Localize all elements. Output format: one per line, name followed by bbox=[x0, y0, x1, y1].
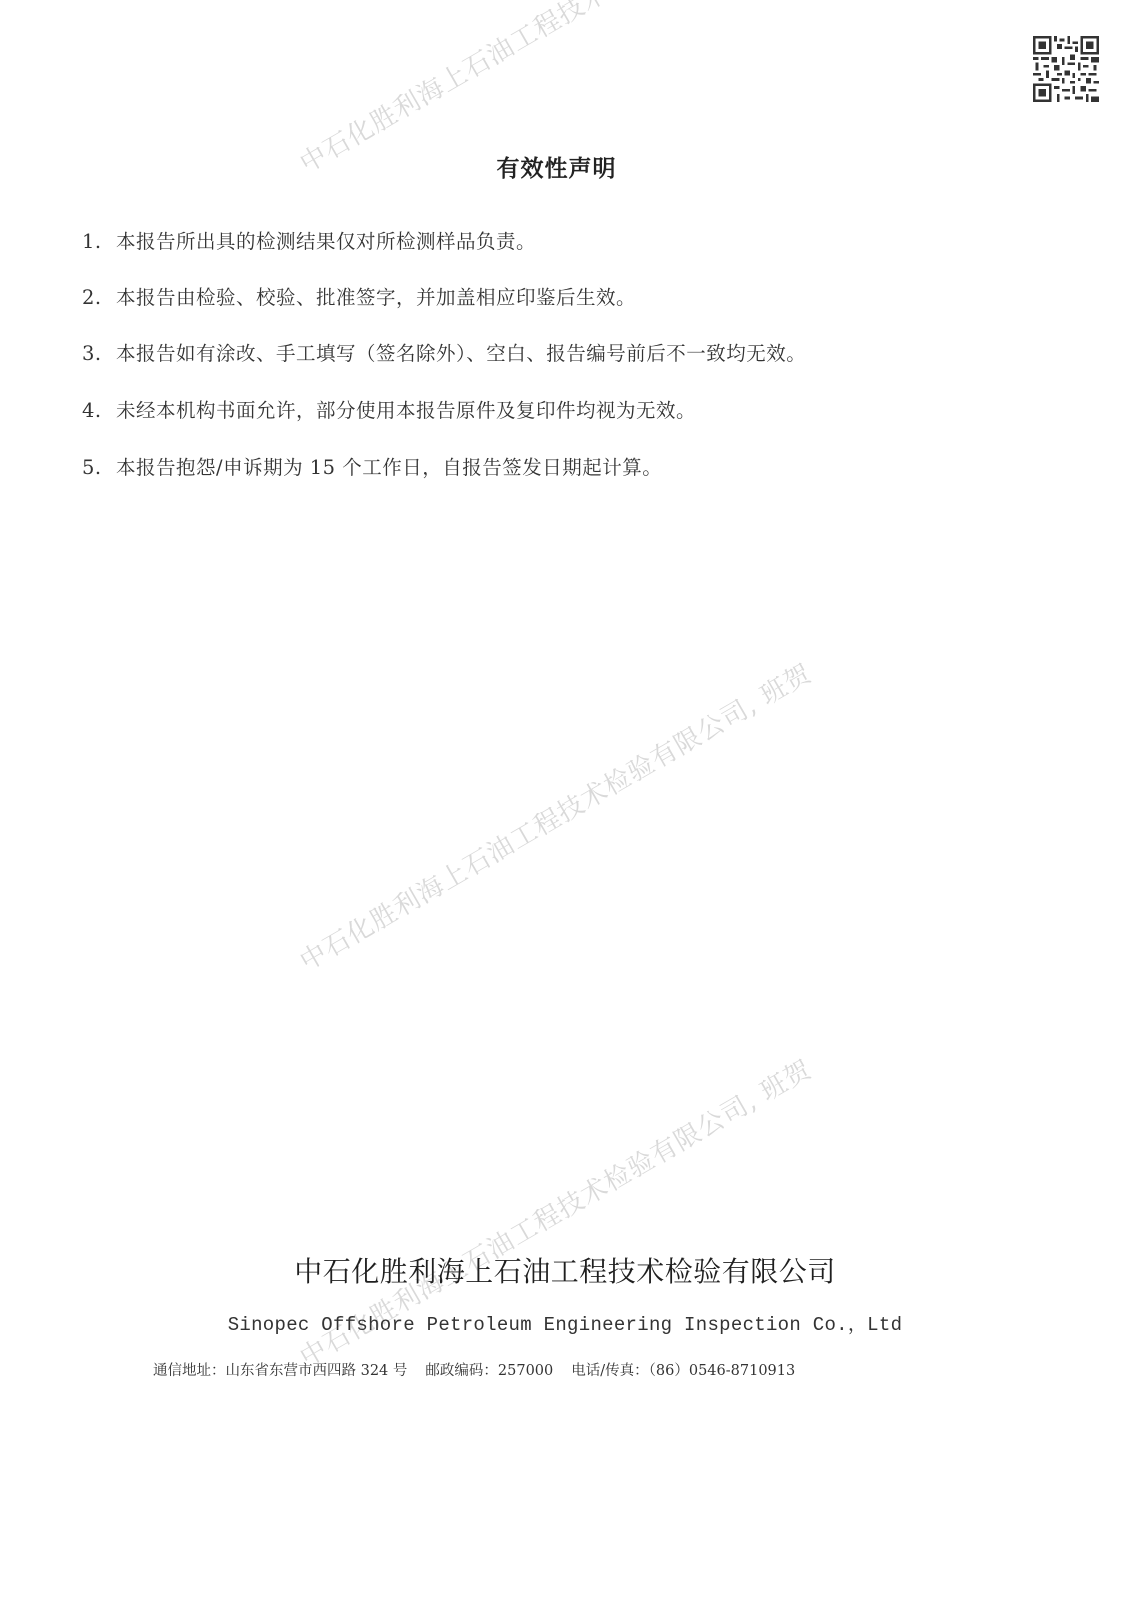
statement-item: 3.本报告如有涂改、手工填写（签名除外）、空白、报告编号前后不一致均无效。 bbox=[82, 338, 806, 366]
statement-item: 1.本报告所出具的检测结果仅对所检测样品负责。 bbox=[82, 226, 536, 254]
company-name-en: Sinopec Offshore Petroleum Engineering I… bbox=[0, 1309, 1130, 1336]
statement-number: 4. bbox=[82, 399, 116, 422]
watermark-middle: 中石化胜利海上石油工程技术检验有限公司, 班贺 bbox=[292, 653, 818, 978]
statement-number: 3. bbox=[82, 342, 116, 365]
statement-text: 本报告抱怨/申诉期为 15 个工作日，自报告签发日期起计算。 bbox=[116, 456, 662, 479]
statement-text: 本报告如有涂改、手工填写（签名除外）、空白、报告编号前后不一致均无效。 bbox=[116, 342, 806, 365]
document-page: 中石化胜利海上石油工程技术检验有限公司, 班贺 中石化胜利海上石油工程技术检验有… bbox=[0, 0, 1130, 1600]
phone-fax: 电话/传真：（86）0546-8710913 bbox=[571, 1363, 795, 1379]
statement-item: 2.本报告由检验、校验、批准签字，并加盖相应印鉴后生效。 bbox=[82, 282, 636, 310]
statement-text: 未经本机构书面允许，部分使用本报告原件及复印件均视为无效。 bbox=[116, 399, 696, 422]
statement-text: 本报告所出具的检测结果仅对所检测样品负责。 bbox=[116, 230, 536, 253]
qr-code-icon bbox=[1033, 36, 1099, 102]
statement-item: 5.本报告抱怨/申诉期为 15 个工作日，自报告签发日期起计算。 bbox=[82, 452, 662, 480]
company-name-cn: 中石化胜利海上石油工程技术检验有限公司 bbox=[0, 1250, 1130, 1290]
statement-number: 2. bbox=[82, 286, 116, 309]
statement-item: 4.未经本机构书面允许，部分使用本报告原件及复印件均视为无效。 bbox=[82, 395, 696, 423]
postal-code: 邮政编码：257000 bbox=[425, 1363, 553, 1379]
statement-number: 1. bbox=[82, 230, 116, 253]
statement-text: 本报告由检验、校验、批准签字，并加盖相应印鉴后生效。 bbox=[116, 286, 636, 309]
statement-number: 5. bbox=[82, 456, 116, 479]
mailing-address: 通信地址：山东省东营市西四路 324 号 bbox=[153, 1363, 407, 1379]
contact-info: 通信地址：山东省东营市西四路 324 号邮政编码：257000电话/传真：（86… bbox=[153, 1359, 813, 1380]
page-title: 有效性声明 bbox=[0, 150, 1113, 183]
